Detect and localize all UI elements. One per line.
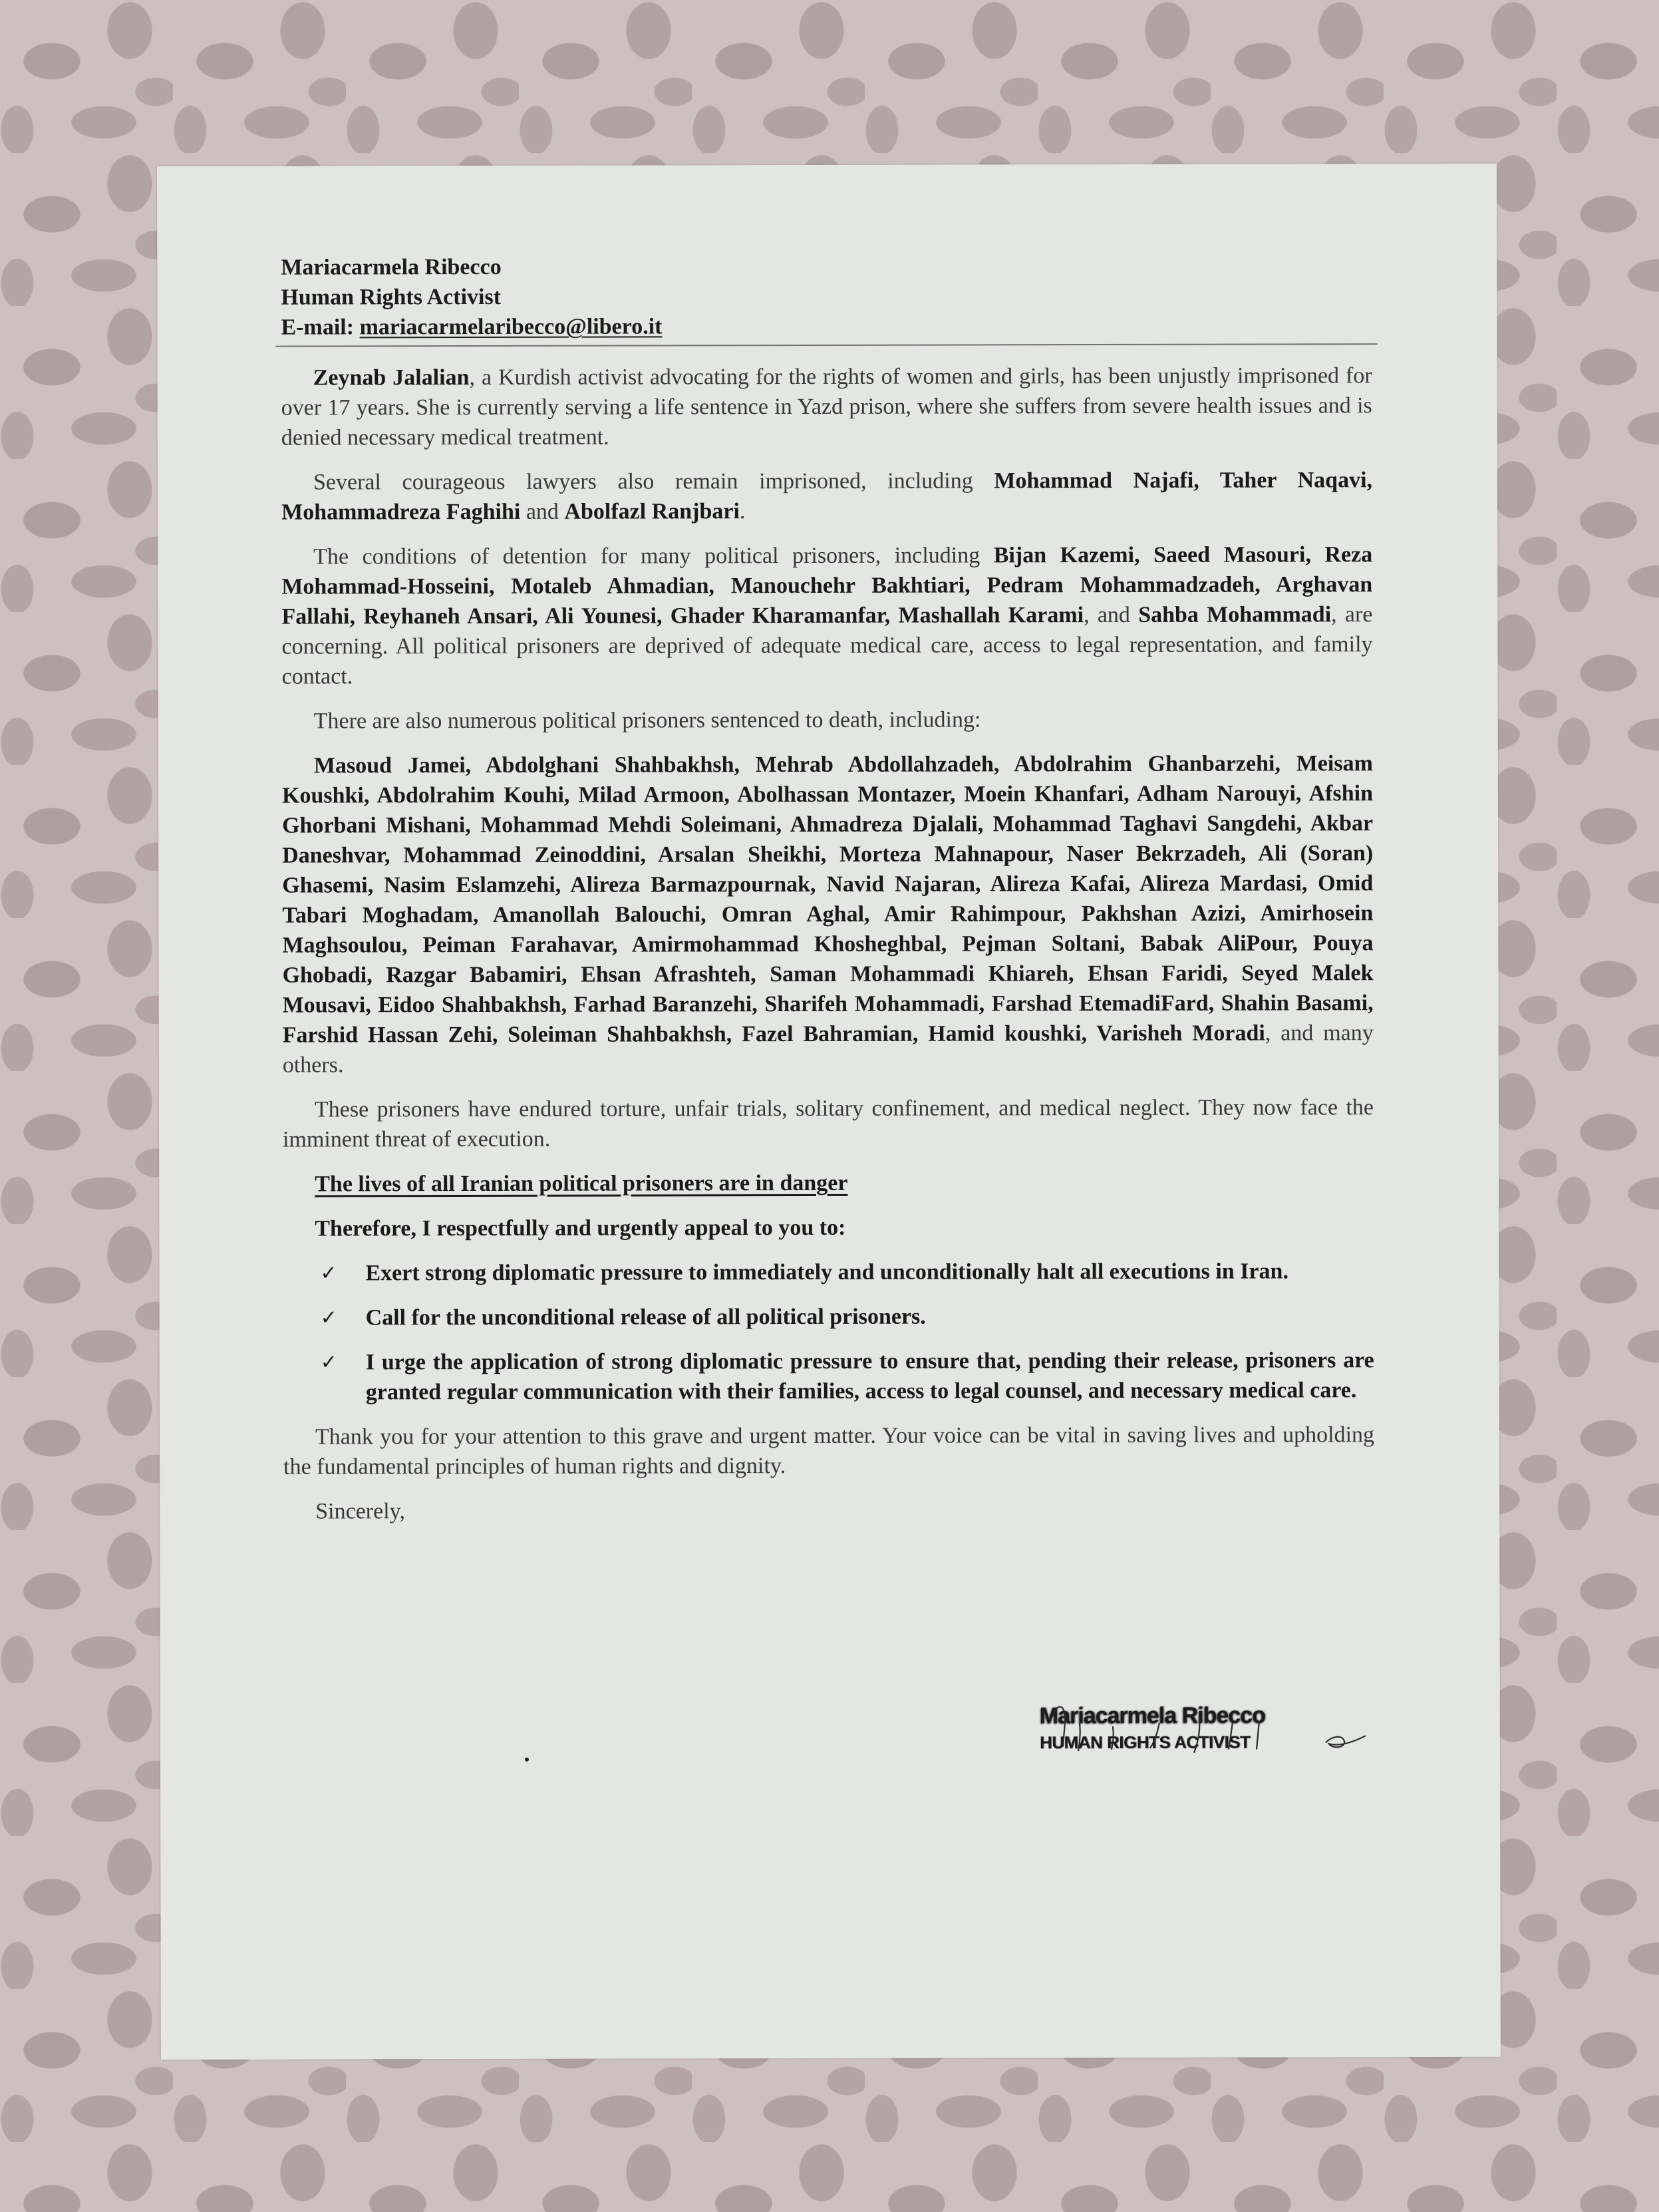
demand-item: ✓Exert strong diplomatic pressure to imm…	[283, 1256, 1374, 1288]
paragraph-death-intro: There are also numerous political prison…	[282, 704, 1373, 736]
letter-paper: Mariacarmela Ribecco Human Rights Activi…	[157, 164, 1501, 2060]
check-icon: ✓	[321, 1303, 337, 1333]
demand-item: ✓Call for the unconditional release of a…	[283, 1301, 1374, 1333]
letter-header: Mariacarmela Ribecco Human Rights Activi…	[281, 250, 1372, 342]
letter-body: Mariacarmela Ribecco Human Rights Activi…	[281, 250, 1374, 1526]
check-icon: ✓	[320, 1258, 337, 1288]
demands-list: ✓Exert strong diplomatic pressure to imm…	[283, 1256, 1374, 1407]
paragraph-zeynab: Zeynab Jalalian, a Kurdish activist advo…	[281, 361, 1372, 452]
sender-title: Human Rights Activist	[281, 280, 1372, 312]
paragraph-lawyers: Several courageous lawyers also remain i…	[281, 465, 1372, 527]
ink-speck	[525, 1758, 529, 1762]
signature-block: Mariacarmela Ribecco HUMAN RIGHTS ACTIVI…	[1040, 1702, 1372, 1763]
handwritten-signature-icon	[1040, 1696, 1372, 1763]
paragraph-closing: Thank you for your attention to this gra…	[283, 1420, 1374, 1482]
appeal-line: Therefore, I respectfully and urgently a…	[283, 1211, 1374, 1243]
demand-item: ✓I urge the application of strong diplom…	[283, 1345, 1374, 1407]
bold-names: Abolfazl Ranjbari	[564, 499, 740, 524]
paragraph-conditions: These prisoners have endured torture, un…	[283, 1092, 1374, 1154]
bold-names: Sahba Mohammadi	[1138, 602, 1331, 627]
death-row-names: Masoud Jamei, Abdolghani Shahbakhsh, Meh…	[282, 748, 1374, 1080]
sender-email-line: E-mail: mariacarmelaribecco@libero.it	[281, 310, 1372, 342]
section-heading: The lives of all Iranian political priso…	[283, 1167, 1374, 1199]
sender-name: Mariacarmela Ribecco	[281, 250, 1372, 282]
check-icon: ✓	[321, 1347, 337, 1377]
signoff: Sincerely,	[283, 1494, 1374, 1526]
bold-name: Zeynab Jalalian	[313, 365, 470, 390]
paragraph-detention: The conditions of detention for many pol…	[281, 540, 1372, 691]
email-label: E-mail:	[281, 315, 354, 339]
email-link[interactable]: mariacarmelaribecco@libero.it	[360, 314, 663, 339]
header-divider	[276, 343, 1378, 347]
